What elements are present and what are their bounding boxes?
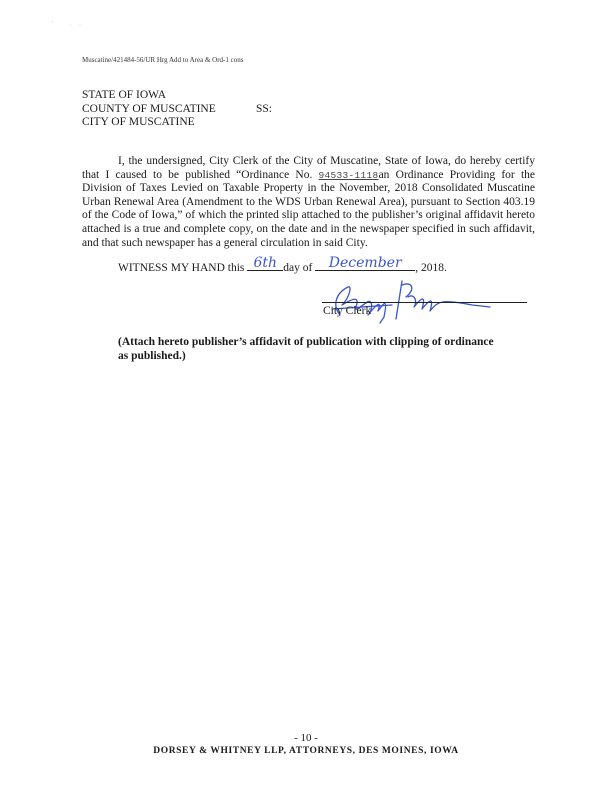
month-blank: December [315,258,415,271]
clerk-signature [322,275,492,325]
ordinance-number: 94533-1118 [319,170,379,181]
ss-label: SS: [256,103,272,117]
city-line: CITY OF MUSCATINE [82,116,195,130]
scan-marks: ' .. [52,22,89,27]
handwritten-month: December [315,256,415,270]
county-line: COUNTY OF MUSCATINE [82,103,256,117]
witness-prefix: WITNESS MY HAND this [118,262,244,274]
witness-suffix: , 2018. [415,262,447,274]
city-clerk-label: City Clerk [323,305,371,317]
document-reference: Muscatine/421484-56/UR Hrg Add to Area &… [82,56,243,64]
witness-middle: day of [283,262,312,274]
page-number: - 10 - [0,732,612,744]
certification-paragraph: I, the undersigned, City Clerk of the Ci… [82,155,535,250]
law-firm-footer: DORSEY & WHITNEY LLP, ATTORNEYS, DES MOI… [0,746,612,756]
attachment-instruction: (Attach hereto publisher’s affidavit of … [118,336,498,363]
day-blank: 6th [247,258,283,271]
handwritten-day: 6th [247,256,283,270]
venue-caption: STATE OF IOWA COUNTY OF MUSCATINE SS: CI… [82,89,272,130]
state-line: STATE OF IOWA [82,89,166,103]
signature-line [322,302,527,303]
witness-line: WITNESS MY HAND this 6thday of December,… [118,258,447,274]
